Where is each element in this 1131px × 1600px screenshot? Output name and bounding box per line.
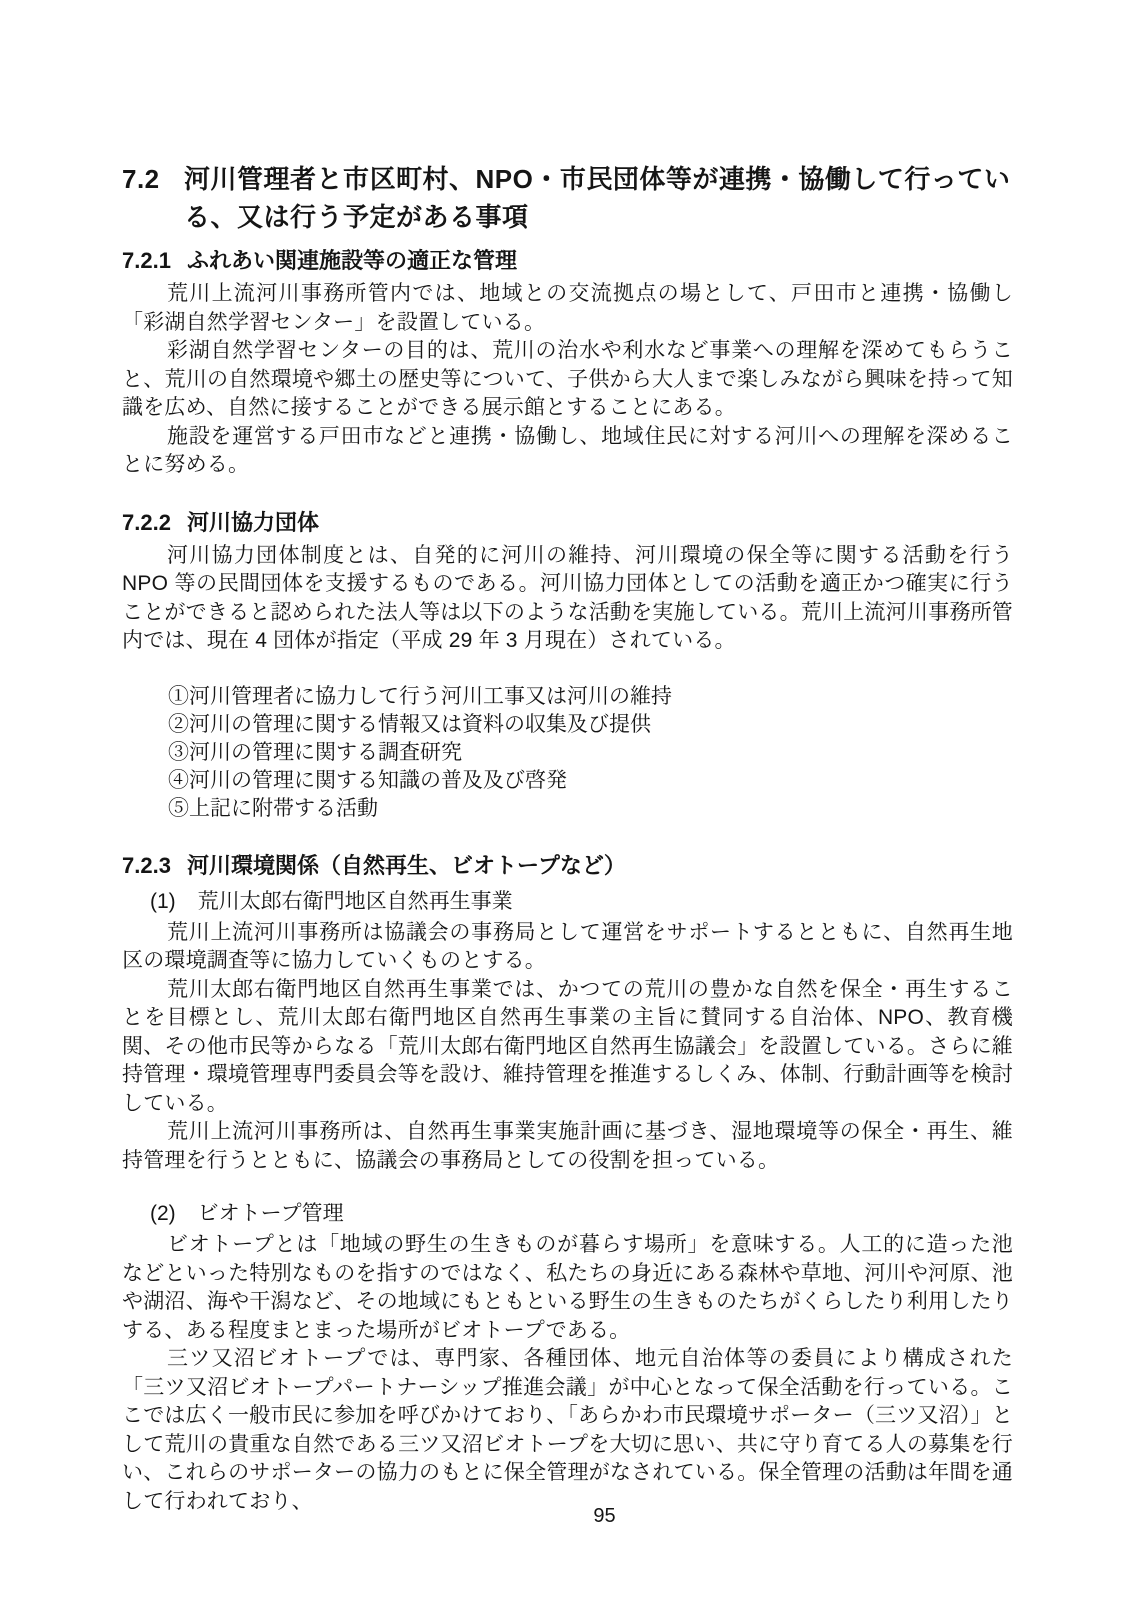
subsection-heading-2: (2) ビオトープ管理 — [150, 1199, 1013, 1228]
list-item: ④河川の管理に関する知識の普及及び啓発 — [168, 767, 1013, 795]
section-title: 河川環境関係（自然再生、ビオトープなど） — [187, 851, 626, 881]
list-item: ⑤上記に附帯する活動 — [168, 795, 1013, 823]
activity-list: ①河川管理者に協力して行う河川工事又は河川の維持 ②河川の管理に関する情報又は資… — [168, 683, 1013, 823]
section-heading-7-2-1: 7.2.1 ふれあい関連施設等の適正な管理 — [122, 246, 1013, 276]
paragraph: 彩湖自然学習センターの目的は、荒川の治水や利水など事業への理解を深めてもらうこと… — [122, 337, 1013, 423]
section-heading-7-2-2: 7.2.2 河川協力団体 — [122, 508, 1013, 538]
paragraph: 施設を運営する戸田市などと連携・協働し、地域住民に対する河川への理解を深めること… — [122, 423, 1013, 480]
list-item: ①河川管理者に協力して行う河川工事又は河川の維持 — [168, 683, 1013, 711]
document-page: 7.2 河川管理者と市区町村、NPO・市民団体等が連携・協働して行っている、又は… — [0, 0, 1131, 1600]
section-number: 7.2.2 — [122, 508, 171, 538]
subsection-heading-1: (1) 荒川太郎右衛門地区自然再生事業 — [150, 887, 1013, 916]
paragraph: 荒川太郎右衛門地区自然再生事業では、かつての荒川の豊かな自然を保全・再生すること… — [122, 976, 1013, 1119]
section-heading-7-2-3: 7.2.3 河川環境関係（自然再生、ビオトープなど） — [122, 851, 1013, 881]
subsection-title: 荒川太郎右衛門地区自然再生事業 — [198, 887, 513, 916]
section-title: 河川協力団体 — [187, 508, 319, 538]
section-title: ふれあい関連施設等の適正な管理 — [187, 246, 517, 276]
subsection-title: ビオトープ管理 — [198, 1199, 344, 1228]
section-title: 河川管理者と市区町村、NPO・市民団体等が連携・協働して行っている、又は行う予定… — [184, 160, 1013, 236]
section-number: 7.2.3 — [122, 851, 171, 881]
section-heading-7-2: 7.2 河川管理者と市区町村、NPO・市民団体等が連携・協働して行っている、又は… — [122, 160, 1013, 236]
page-number: 95 — [0, 1505, 1131, 1528]
paragraph: 荒川上流河川事務所は、自然再生事業実施計画に基づき、湿地環境等の保全・再生、維持… — [122, 1118, 1013, 1175]
list-item: ②河川の管理に関する情報又は資料の収集及び提供 — [168, 711, 1013, 739]
list-item: ③河川の管理に関する調査研究 — [168, 739, 1013, 767]
paragraph: 三ツ又沼ビオトープでは、専門家、各種団体、地元自治体等の委員により構成された「三… — [122, 1345, 1013, 1516]
subsection-number: (1) — [150, 887, 176, 916]
paragraph: 荒川上流河川事務所は協議会の事務局として運営をサポートするとともに、自然再生地区… — [122, 919, 1013, 976]
section-number: 7.2 — [122, 160, 184, 198]
paragraph: 河川協力団体制度とは、自発的に河川の維持、河川環境の保全等に関する活動を行う N… — [122, 542, 1013, 656]
subsection-number: (2) — [150, 1199, 176, 1228]
paragraph: ビオトープとは「地域の野生の生きものが暮らす場所」を意味する。人工的に造った池な… — [122, 1231, 1013, 1345]
section-number: 7.2.1 — [122, 246, 171, 276]
paragraph: 荒川上流河川事務所管内では、地域との交流拠点の場として、戸田市と連携・協働し「彩… — [122, 280, 1013, 337]
